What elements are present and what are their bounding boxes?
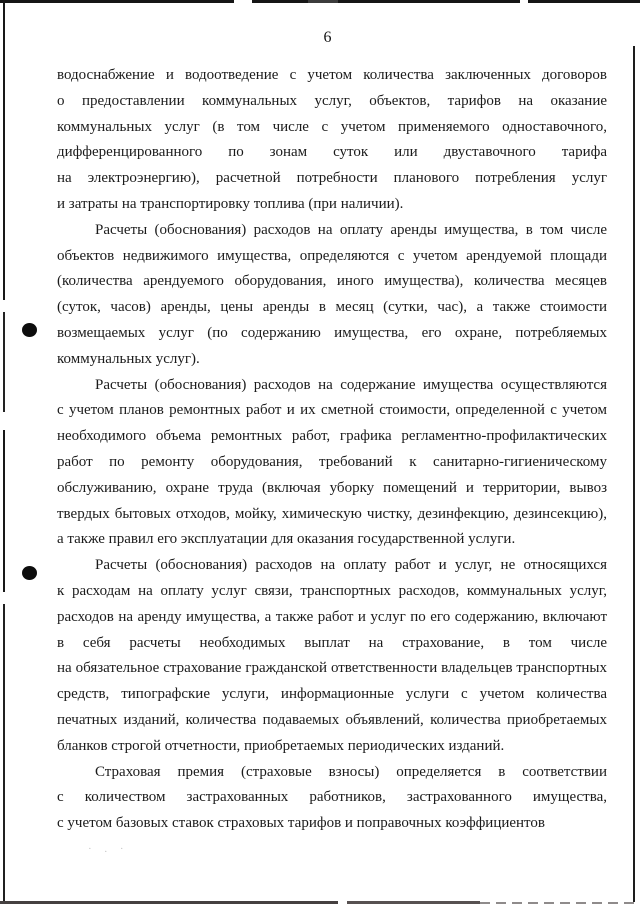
text-line: обслуживанию, охране труда (включая убор… (57, 476, 607, 502)
text-line: (количества арендуемого оборудования, ин… (57, 269, 607, 295)
scan-edge-bottom-bar (347, 901, 480, 904)
text-line: необходимого объема ремонтных работ, гра… (57, 424, 607, 450)
text-line: печатных изданий, количества подаваемых … (57, 708, 607, 734)
punch-hole-mark (22, 566, 37, 580)
text-line: твердых бытовых отходов, мойку, химическ… (57, 502, 607, 528)
text-line: к расходам на оплату услуг связи, трансп… (57, 579, 607, 605)
text-line: работ по ремонту оборудования, требовани… (57, 450, 607, 476)
text-line: о предоставлении коммунальных услуг, объ… (57, 89, 607, 115)
text-line: в себя расчеты необходимых выплат на стр… (57, 631, 607, 657)
text-line: на обязательное страхование гражданской … (57, 656, 607, 682)
text-line: и затраты на транспортировку топлива (пр… (57, 192, 607, 218)
scan-edge-bottom-bar (0, 901, 338, 904)
text-line: с количеством застрахованных работников,… (57, 785, 607, 811)
scan-edge-bottom-bar-dashes (480, 902, 640, 904)
text-line: на электроэнергию), расчетной потребност… (57, 166, 607, 192)
text-line: коммунальных услуг). (57, 347, 607, 373)
scan-edge-top-line (0, 0, 640, 3)
punch-hole-mark (22, 323, 37, 337)
page-number: 6 (0, 29, 640, 47)
scan-edge-left-line (3, 0, 5, 902)
text-line: дифференцированного по зонам суток или д… (57, 140, 607, 166)
scanned-document-page: · . · 6 водоснабжение и водоотведение с … (0, 0, 640, 905)
text-line: средств, типографские услуги, информацио… (57, 682, 607, 708)
text-line: расходов на аренду имущества, а также ра… (57, 605, 607, 631)
text-line: объектов недвижимого имущества, определя… (57, 244, 607, 270)
scan-edge-right-line (633, 46, 635, 902)
text-line: водоснабжение и водоотведение с учетом к… (57, 63, 607, 89)
text-line: коммунальных услуг (в том числе с учетом… (57, 115, 607, 141)
text-line: (суток, часов) аренды, цены аренды в мес… (57, 295, 607, 321)
text-line: бланков строгой отчетности, приобретаемы… (57, 734, 607, 760)
text-line: а также правил его эксплуатации для оказ… (57, 527, 607, 553)
text-line: возмещаемых услуг (по содержанию имущест… (57, 321, 607, 347)
text-line: с учетом базовых ставок страховых тарифо… (57, 811, 607, 837)
text-line: Страховая премия (страховые взносы) опре… (57, 760, 607, 786)
text-line: Расчеты (обоснования) расходов на оплату… (57, 553, 607, 579)
text-line: Расчеты (обоснования) расходов на оплату… (57, 218, 607, 244)
scan-speck: · . · (88, 843, 138, 857)
document-body: водоснабжение и водоотведение с учетом к… (57, 63, 607, 837)
text-line: с учетом планов ремонтных работ и их сме… (57, 398, 607, 424)
text-line: Расчеты (обоснования) расходов на содерж… (57, 373, 607, 399)
